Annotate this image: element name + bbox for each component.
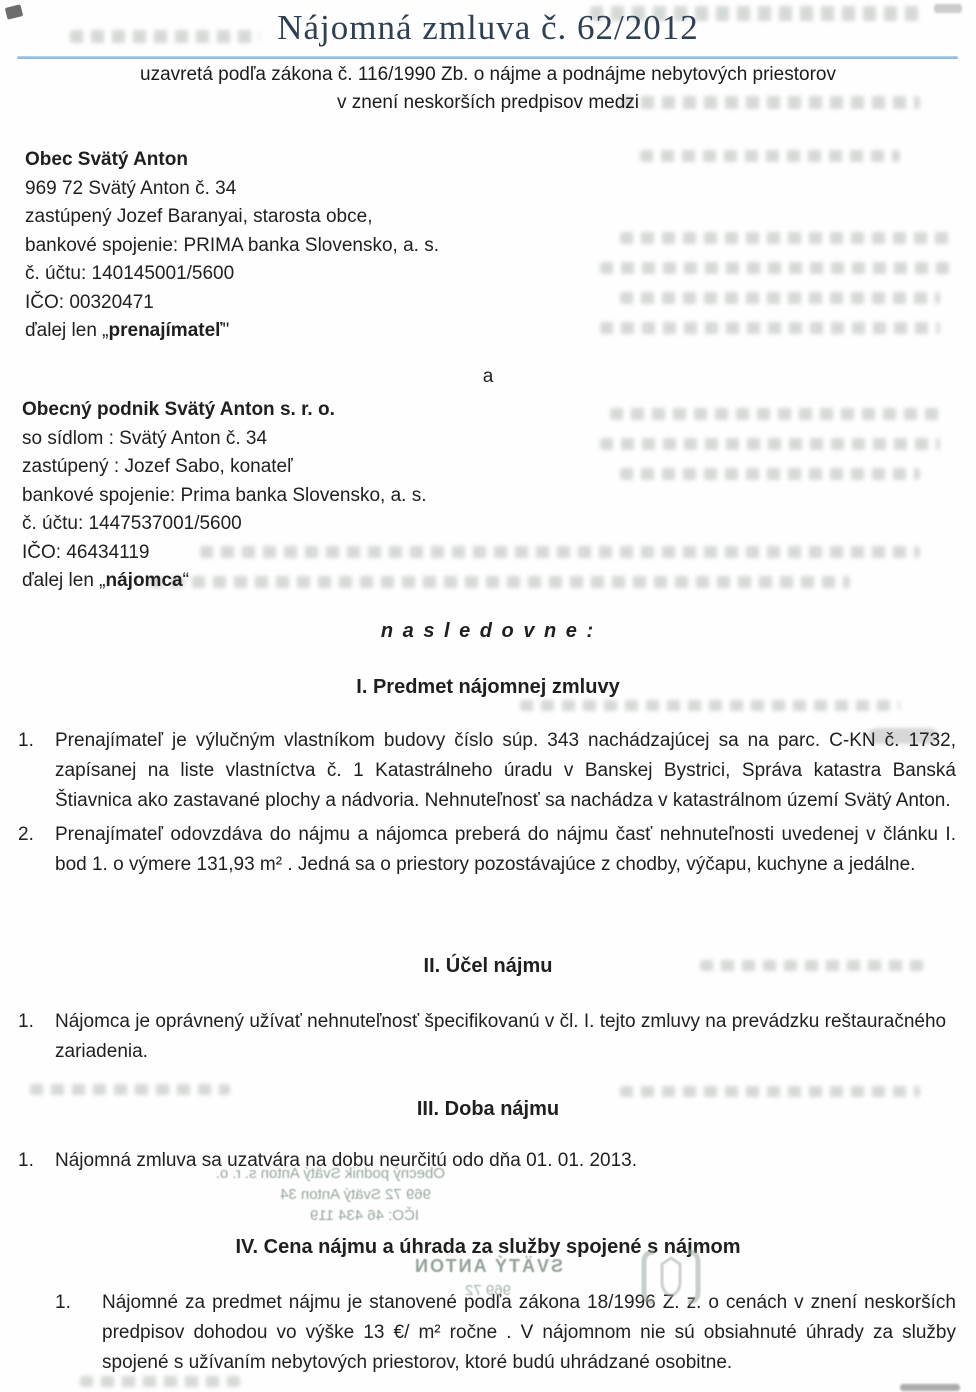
landlord-bank: bankové spojenie: PRIMA banka Slovensko,… [25, 232, 439, 261]
tenant-alias-term: nájomca [106, 570, 183, 591]
tenant-representative: zastúpený : Jozef Sabo, konateľ [22, 453, 427, 482]
contract-item: 2. Prenajímateľ odovzdáva do nájmu a náj… [18, 820, 956, 880]
tenant-alias: ďalej len „nájomca“ [22, 567, 427, 596]
tenant-alias-suffix: “ [183, 570, 189, 591]
bleedthrough-artifact [30, 1084, 230, 1095]
bleedthrough-artifact [640, 150, 900, 162]
title-divider [17, 56, 958, 59]
landlord-alias-term: prenajímateľ [109, 320, 223, 341]
bleedthrough-artifact [610, 408, 940, 420]
bleedthrough-line: IČO: 46 434 119 [185, 1205, 419, 1226]
section-3-heading: III. Doba nájmu [0, 1098, 976, 1121]
doc-subtitle-line2: v znení neskorších predpisov medzi [0, 92, 976, 114]
item-number: 1. [18, 726, 55, 816]
tenant-bank: bankové spojenie: Prima banka Slovensko,… [22, 482, 427, 511]
bleedthrough-artifact [520, 700, 900, 711]
tenant-company-id: IČO: 46434119 [22, 539, 427, 568]
bleedthrough-line: 969 72 Svätý Anton 34 [185, 1184, 431, 1205]
item-number: 1. [18, 1146, 55, 1176]
item-number: 2. [18, 820, 55, 880]
landlord-address: 969 72 Svätý Anton č. 34 [25, 175, 439, 204]
landlord-alias-prefix: ďalej len „ [25, 320, 109, 341]
landlord-block: Obec Svätý Anton 969 72 Svätý Anton č. 3… [25, 146, 439, 346]
section-3-items: 1. Nájomná zmluva sa uzatvára na dobu ne… [18, 1146, 956, 1180]
section-2-heading: II. Účel nájmu [0, 955, 976, 978]
doc-subtitle-line1: uzavretá podľa zákona č. 116/1990 Zb. o … [0, 64, 976, 86]
bleedthrough-artifact [620, 468, 920, 480]
section-1-items: 1. Prenajímateľ je výlučným vlastníkom b… [18, 726, 956, 884]
bleedthrough-stamp-text: SVÄTÝ ANTON [388, 1256, 588, 1277]
landlord-representative: zastúpený Jozef Baranyai, starosta obce, [25, 203, 439, 232]
bleedthrough-stamp-sub: 969 72 [440, 1282, 536, 1299]
landlord-company-id: IČO: 00320471 [25, 289, 439, 318]
section-4-items: 1. Nájomné za predmet nájmu je stanovené… [55, 1288, 956, 1382]
bleedthrough-artifact [600, 438, 940, 450]
agreement-intro: n a s l e d o v n e : [0, 620, 976, 643]
contract-item: 1. Prenajímateľ je výlučným vlastníkom b… [18, 726, 956, 816]
item-text: Prenajímateľ odovzdáva do nájmu a nájomc… [55, 820, 956, 880]
bleedthrough-tenant-address: Obecný podnik Svätý Anton s. r. o. 969 7… [185, 1163, 445, 1226]
item-text: Nájomné za predmet nájmu je stanovené po… [102, 1288, 956, 1378]
bleedthrough-artifact [620, 232, 950, 244]
section-1-heading: I. Predmet nájomnej zmluvy [0, 676, 976, 699]
scan-mark [900, 1384, 960, 1391]
tenant-name: Obecný podnik Svätý Anton s. r. o. [22, 396, 427, 425]
tenant-block: Obecný podnik Svätý Anton s. r. o. so sí… [22, 396, 427, 596]
contract-item: 1. Nájomné za predmet nájmu je stanovené… [55, 1288, 956, 1378]
bleedthrough-artifact [600, 262, 950, 274]
tenant-alias-prefix: ďalej len „ [22, 570, 106, 591]
document-page: Nájomná zmluva č. 62/2012 uzavretá podľa… [0, 0, 976, 1392]
tenant-address: so sídlom : Svätý Anton č. 34 [22, 425, 427, 454]
landlord-account: č. účtu: 140145001/5600 [25, 260, 439, 289]
landlord-alias-suffix: " [222, 320, 229, 341]
landlord-alias: ďalej len „prenajímateľ" [25, 317, 439, 346]
bleedthrough-line: Obecný podnik Svätý Anton s. r. o. [185, 1163, 445, 1184]
stamp-emblem-icon [640, 1248, 702, 1311]
contract-item: 1. Nájomca je oprávnený užívať nehnuteľn… [18, 1007, 956, 1067]
item-text: Nájomca je oprávnený užívať nehnuteľnosť… [55, 1007, 956, 1067]
item-number: 1. [18, 1007, 55, 1067]
section-2-items: 1. Nájomca je oprávnený užívať nehnuteľn… [18, 1007, 956, 1071]
bleedthrough-artifact [620, 1086, 920, 1097]
bleedthrough-artifact [620, 292, 940, 304]
conjunction-a: a [0, 366, 976, 388]
doc-title: Nájomná zmluva č. 62/2012 [0, 8, 976, 48]
item-text: Prenajímateľ je výlučným vlastníkom budo… [55, 726, 956, 816]
landlord-name: Obec Svätý Anton [25, 146, 439, 175]
bleedthrough-artifact [600, 322, 940, 334]
contract-item: 1. Nájomná zmluva sa uzatvára na dobu ne… [18, 1146, 956, 1176]
item-number: 1. [55, 1288, 102, 1378]
tenant-account: č. účtu: 1447537001/5600 [22, 510, 427, 539]
